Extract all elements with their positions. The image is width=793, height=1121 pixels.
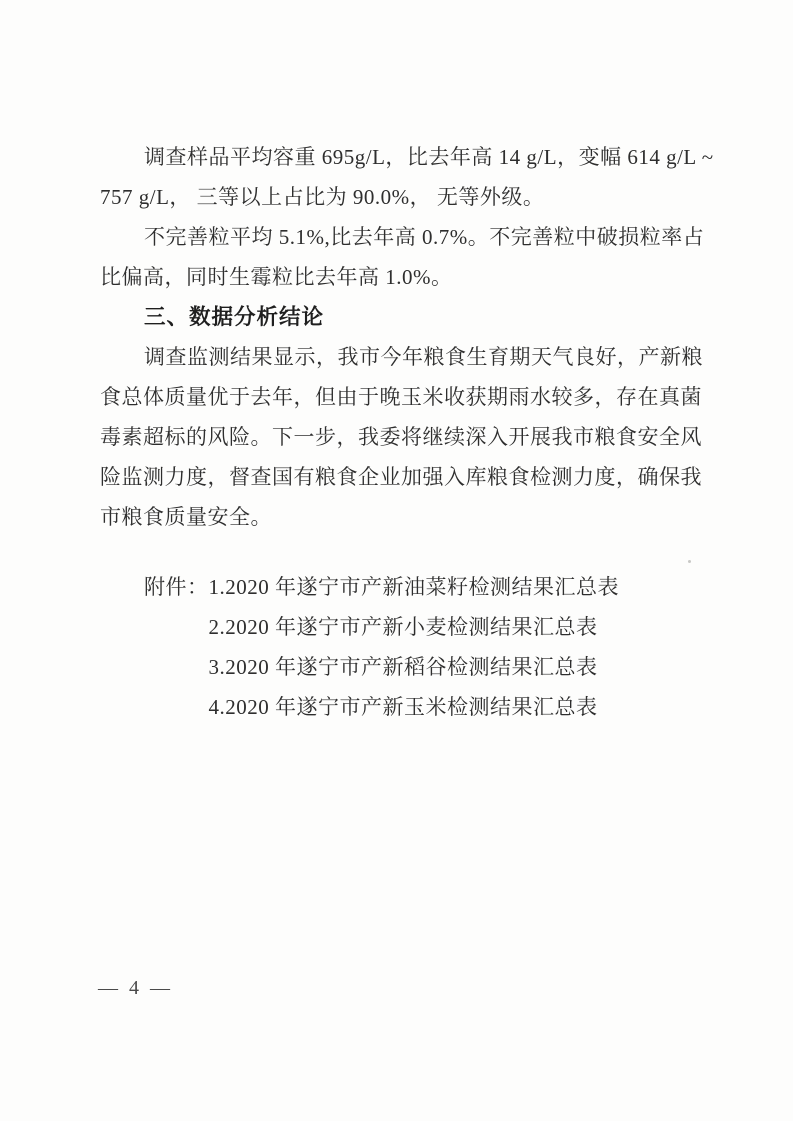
text-line: 毒素超标的风险。下一步，我委将继续深入开展我市粮食安全风 [100, 417, 706, 457]
paragraph-conclusion: 调查监测结果显示，我市今年粮食生育期天气良好，产新粮 食总体质量优于去年，但由于… [100, 337, 706, 537]
document-body: 调查样品平均容重 695g/L，比去年高 14 g/L，变幅 614 g/L ~… [100, 137, 706, 727]
attachments-block: 附件： 1.2020 年遂宁市产新油菜籽检测结果汇总表 2.2020 年遂宁市产… [100, 567, 706, 727]
text-line: 757 g/L， 三等以上占比为 90.0%， 无等外级。 [100, 177, 706, 217]
paragraph-test-weight: 调查样品平均容重 695g/L，比去年高 14 g/L，变幅 614 g/L ~… [100, 137, 706, 217]
text-line: 比偏高，同时生霉粒比去年高 1.0%。 [100, 257, 706, 297]
scan-noise-speck [688, 560, 691, 563]
attachment-item: 3.2020 年遂宁市产新稻谷检测结果汇总表 [209, 647, 620, 687]
text-line: 调查监测结果显示，我市今年粮食生育期天气良好，产新粮 [100, 337, 706, 377]
text-line: 食总体质量优于去年，但由于晚玉米收获期雨水较多，存在真菌 [100, 377, 706, 417]
text-line: 不完善粒平均 5.1%,比去年高 0.7%。不完善粒中破损粒率占 [100, 217, 706, 257]
paragraph-unsound-kernel: 不完善粒平均 5.1%,比去年高 0.7%。不完善粒中破损粒率占 比偏高，同时生… [100, 217, 706, 297]
text-line: 调查样品平均容重 695g/L，比去年高 14 g/L，变幅 614 g/L ~ [100, 137, 706, 177]
attachment-item: 2.2020 年遂宁市产新小麦检测结果汇总表 [209, 607, 620, 647]
section-heading-data-analysis-conclusion: 三、数据分析结论 [100, 297, 706, 337]
page-number: — 4 — [98, 976, 173, 1000]
attachment-item: 1.2020 年遂宁市产新油菜籽检测结果汇总表 [209, 567, 620, 607]
attachments-label: 附件： [100, 567, 209, 607]
text-line: 市粮食质量安全。 [100, 497, 706, 537]
text-line: 险监测力度，督查国有粮食企业加强入库粮食检测力度，确保我 [100, 457, 706, 497]
attachments-list: 1.2020 年遂宁市产新油菜籽检测结果汇总表 2.2020 年遂宁市产新小麦检… [209, 567, 620, 727]
document-page: 调查样品平均容重 695g/L，比去年高 14 g/L，变幅 614 g/L ~… [0, 0, 793, 1121]
attachment-item: 4.2020 年遂宁市产新玉米检测结果汇总表 [209, 687, 620, 727]
